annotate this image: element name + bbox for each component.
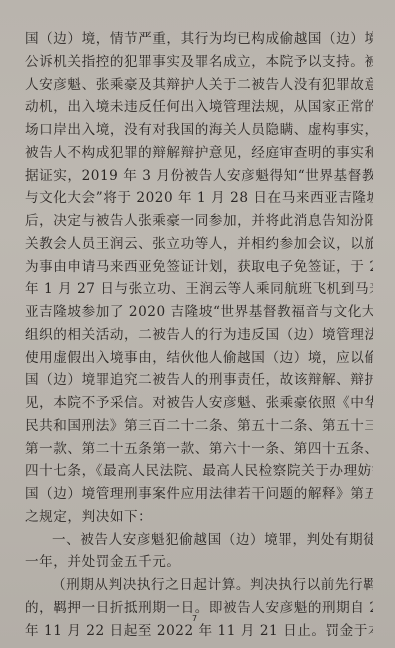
text-line: 国（边）境，情节严重，其行为均已构成偷越国（边）境罪， xyxy=(25,28,373,51)
judgment-body-text: 国（边）境，情节严重，其行为均已构成偷越国（边）境罪， 公诉机关指控的犯罪事实及… xyxy=(25,28,373,642)
text-line: 一年，并处罚金五千元。 xyxy=(25,551,373,574)
text-line: 国（边）境罪追究二被告人的刑事责任，故该辩解、辩护意 xyxy=(25,369,373,392)
text-line: 人安彦魁、张乘豪及其辩护人关于二被告人没有犯罪故意和 xyxy=(25,74,373,97)
text-line: 四十七条，《最高人民法院、最高人民检察院关于办理妨害 xyxy=(25,460,373,483)
text-line: 被告人不构成犯罪的辩解辩护意见，经庭审查明的事实和证 xyxy=(25,142,373,165)
text-line: 关教会人员王润云、张立功等人，并相约参加会议，以旅游 xyxy=(25,233,373,256)
text-line: 使用虚假出入境事由，结伙他人偷越国（边）境，应以偷越 xyxy=(25,347,373,370)
text-line: 民共和国刑法》第三百二十二条、第五十二条、第五十三条 xyxy=(25,415,373,438)
text-line: 年 11 月 22 日起至 2022 年 11 月 21 日止。罚金于本判决生 xyxy=(25,620,373,643)
text-line: 场口岸出入境，没有对我国的海关人员隐瞒、虚构事实，二 xyxy=(25,119,373,142)
text-line: 年 1 月 27 日与张立功、王润云等人乘同航班飞机到马来西 xyxy=(25,278,373,301)
text-line: 亚吉隆坡参加了 2020 吉隆坡“世界基督教福音与文化大会” xyxy=(25,301,373,324)
text-line: 后，决定与被告人张乘豪一同参加，并将此消息告知汾阳城 xyxy=(25,210,373,233)
text-line: 为事由申请马来西亚免签证计划，获取电子免签证，于 2020 xyxy=(25,256,373,279)
document-page: 国（边）境，情节严重，其行为均已构成偷越国（边）境罪， 公诉机关指控的犯罪事实及… xyxy=(0,0,395,648)
text-line: 据证实，2019 年 3 月份被告人安彦魁得知“世界基督教福音 xyxy=(25,165,373,188)
text-line: 的，羁押一日折抵刑期一日。即被告人安彦魁的刑期自 2021 xyxy=(25,597,373,620)
text-line-sentence-item-1: 一、被告人安彦魁犯偷越国（边）境罪，判处有期徒刑 xyxy=(25,529,373,552)
text-line: 公诉机关指控的犯罪事实及罪名成立，本院予以支持。被告 xyxy=(25,51,373,74)
text-line: 见，本院不予采信。对被告人安彦魁、张乘豪依照《中华人 xyxy=(25,392,373,415)
text-line: 组织的相关活动，二被告人的行为违反国（边）境管理法规， xyxy=(25,324,373,347)
text-line: 动机，出入境未违反任何出入境管理法规，从国家正常的机 xyxy=(25,96,373,119)
text-line: 国（边）境管理刑事案件应用法律若干问题的解释》第五条 xyxy=(25,483,373,506)
text-line: 与文化大会”将于 2020 年 1 月 28 日在马来西亚吉隆坡举行 xyxy=(25,187,373,210)
text-line-ruling-intro: 之规定，判决如下： xyxy=(25,506,373,529)
text-line: 第一款、第二十五条第一款、第六十一条、第四十五条、第 xyxy=(25,438,373,461)
page-number: 7 xyxy=(192,614,197,623)
text-line-sentence-term: （刑期从判决执行之日起计算。判决执行以前先行羁押 xyxy=(25,574,373,597)
